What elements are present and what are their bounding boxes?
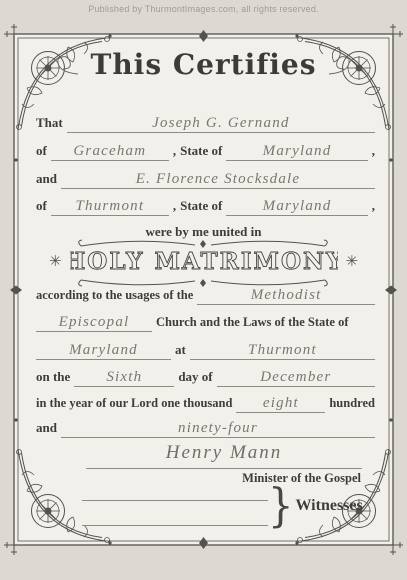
month-value: December xyxy=(260,369,331,385)
denomination2: Episcopal xyxy=(59,314,130,330)
witnesses-label: Witnesses xyxy=(295,497,362,515)
united-in-line: were by me united in xyxy=(0,224,407,240)
groom-place-field: Graceham xyxy=(51,142,169,161)
year-post-label: hundred xyxy=(329,396,375,411)
bride-place: Thurmont xyxy=(75,198,144,214)
day-value: Sixth xyxy=(106,369,142,385)
bride-place-field: Thurmont xyxy=(51,197,169,216)
and-label: and xyxy=(36,420,57,436)
title-flourish-left xyxy=(50,50,80,80)
certificate-title: This Certifies xyxy=(90,48,316,81)
bride-state: Maryland xyxy=(263,198,332,214)
on-the-label: on the xyxy=(36,369,70,385)
year-line-1: in the year of our Lord one thousand eig… xyxy=(36,394,375,413)
that-label: That xyxy=(36,115,63,131)
year-pre-label: in the year of our Lord one thousand xyxy=(36,396,232,411)
minister-signature: Henry Mann xyxy=(166,442,283,463)
witness-line-1 xyxy=(82,500,268,501)
of-label: of xyxy=(36,198,47,214)
location-line: Maryland at Thurmont xyxy=(36,341,375,360)
bride-state-field: Maryland xyxy=(226,197,367,216)
denomination-field: Methodist xyxy=(197,286,375,305)
matrimony-heading: HOLY MATRIMONY xyxy=(70,248,338,275)
groom-residence-line: of Graceham , State of Maryland , xyxy=(36,142,375,161)
church-label: Church and the Laws of the State of xyxy=(156,315,349,330)
bride-residence-line: of Thurmont , State of Maryland , xyxy=(36,197,375,216)
certificate-title-row: This Certifies xyxy=(0,48,407,81)
matrimony-heading-art: HOLY MATRIMONY xyxy=(70,246,338,276)
title-flourish-right xyxy=(327,50,357,80)
denomination2-field: Episcopal xyxy=(36,313,152,332)
groom-place: Graceham xyxy=(73,143,146,159)
day-of-label: day of xyxy=(178,369,212,385)
at-label: at xyxy=(175,342,186,358)
comma: , xyxy=(173,198,176,214)
bride-name: E. Florence Stocksdale xyxy=(136,171,301,187)
groom-name-field: Joseph G. Gernand xyxy=(67,114,375,133)
comma: , xyxy=(372,198,375,214)
year-tens: ninety-four xyxy=(178,420,258,436)
scanned-certificate-page: Published by ThurmontImages.com, all rig… xyxy=(0,0,407,580)
bride-name-line: and E. Florence Stocksdale xyxy=(36,170,375,189)
star-icon: ✳ xyxy=(49,252,62,270)
usages-line: according to the usages of the Methodist xyxy=(36,286,375,305)
of-label: of xyxy=(36,143,47,159)
year-hundreds-field: eight xyxy=(236,394,325,413)
ceremony-place: Thurmont xyxy=(248,342,317,358)
minister-signature-line: Henry Mann xyxy=(86,442,362,469)
date-line: on the Sixth day of December xyxy=(36,368,375,387)
year-tens-field: ninety-four xyxy=(61,419,375,438)
matrimony-heading-row: ✳ HOLY MATRIMONY ✳ xyxy=(0,246,407,276)
comma: , xyxy=(173,143,176,159)
groom-name-line: That Joseph G. Gernand xyxy=(36,114,375,133)
witnesses-group: } Witnesses xyxy=(268,484,363,528)
ceremony-state-field: Maryland xyxy=(36,341,171,360)
year-hundreds: eight xyxy=(263,395,299,411)
denomination: Methodist xyxy=(251,287,322,303)
bride-name-field: E. Florence Stocksdale xyxy=(61,170,375,189)
ceremony-state: Maryland xyxy=(69,342,138,358)
state-of-label: State of xyxy=(180,198,222,214)
year-line-2: and ninety-four xyxy=(36,419,375,438)
witness-brace: } xyxy=(268,483,293,529)
state-of-label: State of xyxy=(180,143,222,159)
ceremony-place-field: Thurmont xyxy=(190,341,375,360)
church-line: Episcopal Church and the Laws of the Sta… xyxy=(36,313,375,332)
day-field: Sixth xyxy=(74,368,174,387)
star-icon: ✳ xyxy=(346,252,359,270)
comma: , xyxy=(372,143,375,159)
witness-line-2 xyxy=(82,525,268,526)
groom-state: Maryland xyxy=(263,143,332,159)
month-field: December xyxy=(217,368,375,387)
certificate-content: This Certifies That Joseph G. Gernand of… xyxy=(0,0,407,580)
and-label: and xyxy=(36,171,57,187)
groom-state-field: Maryland xyxy=(226,142,367,161)
groom-name: Joseph G. Gernand xyxy=(152,115,289,131)
usages-label: according to the usages of the xyxy=(36,288,193,303)
